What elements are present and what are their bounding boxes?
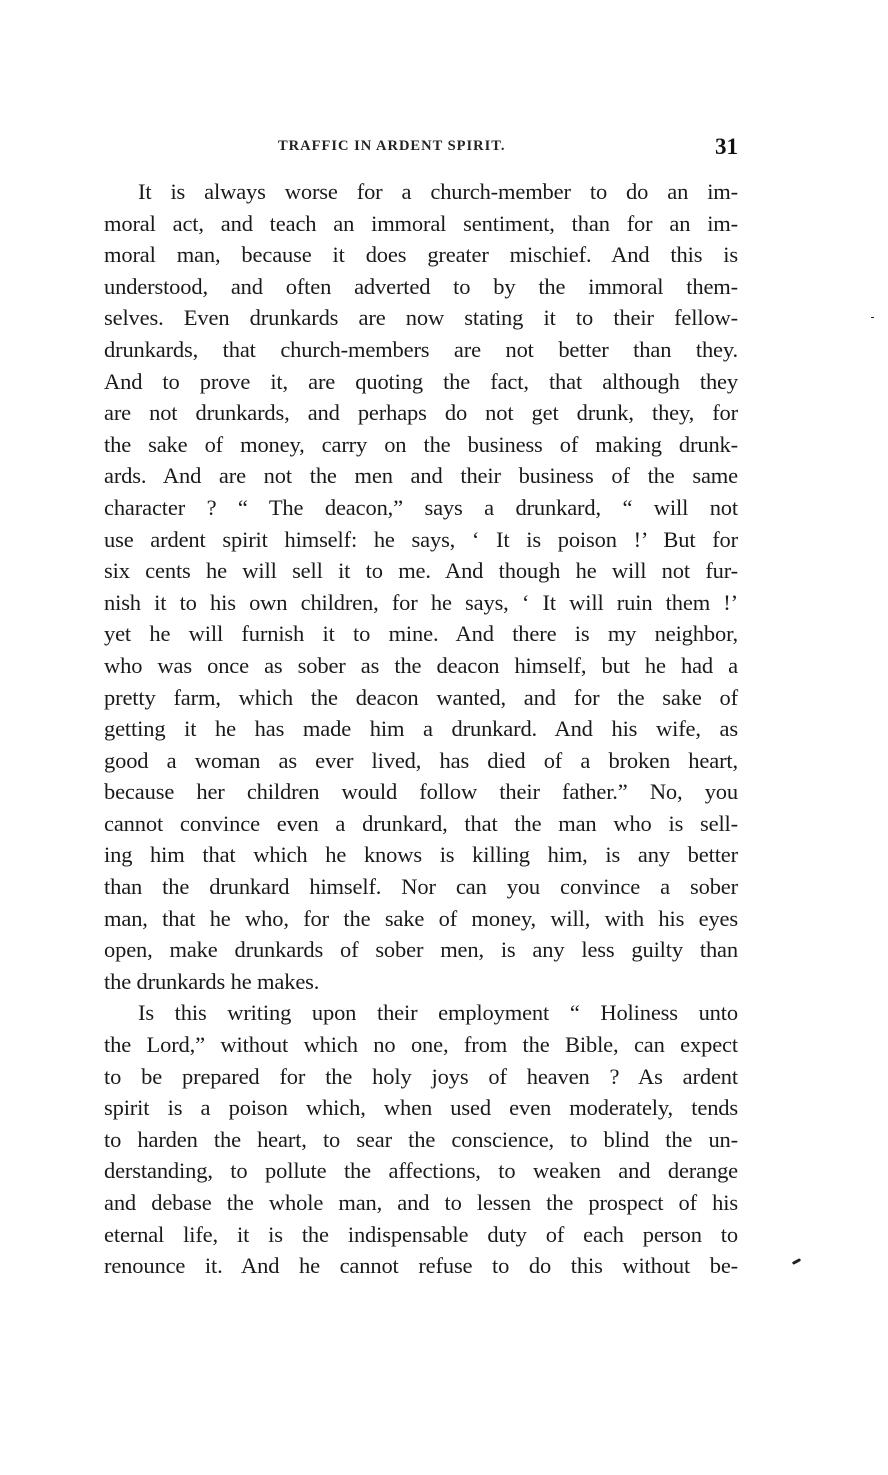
book-page: TRAFFIC IN ARDENT SPIRIT. 31 It is alway… — [0, 0, 888, 1475]
text-line: open, make drunkards of sober men, is an… — [104, 934, 738, 966]
text-line: are not drunkards, and perhaps do not ge… — [104, 397, 738, 429]
text-line: And to prove it, are quoting the fact, t… — [104, 366, 738, 398]
text-line: selves. Even drunkards are now stating i… — [104, 302, 738, 334]
text-line: ards. And are not the men and their busi… — [104, 460, 738, 492]
text-line: than the drunkard himself. Nor can you c… — [104, 871, 738, 903]
text-line: derstanding, to pollute the affections, … — [104, 1155, 738, 1187]
scan-artifact-smudge — [792, 1258, 801, 1265]
body-text: It is always worse for a church-member t… — [104, 176, 738, 1282]
text-line: nish it to his own children, for he says… — [104, 587, 738, 619]
text-line: ing him that which he knows is killing h… — [104, 839, 738, 871]
text-line: spirit is a poison which, when used even… — [104, 1092, 738, 1124]
text-line: to be prepared for the holy joys of heav… — [104, 1061, 738, 1093]
text-line: pretty farm, which the deacon wanted, an… — [104, 682, 738, 714]
running-header: TRAFFIC IN ARDENT SPIRIT. 31 — [272, 136, 742, 166]
text-line: good a woman as ever lived, has died of … — [104, 745, 738, 777]
text-line: getting it he has made him a drunkard. A… — [104, 713, 738, 745]
scan-artifact-mark — [871, 317, 874, 318]
text-line: to harden the heart, to sear the conscie… — [104, 1124, 738, 1156]
text-line: understood, and often adverted to by the… — [104, 271, 738, 303]
text-line: the sake of money, carry on the business… — [104, 429, 738, 461]
text-line: the drunkards he makes. — [104, 966, 738, 998]
text-line: moral act, and teach an immoral sentimen… — [104, 208, 738, 240]
text-line: yet he will furnish it to mine. And ther… — [104, 618, 738, 650]
text-line: man, that he who, for the sake of money,… — [104, 903, 738, 935]
page-number: 31 — [715, 134, 738, 160]
running-title: TRAFFIC IN ARDENT SPIRIT. — [278, 138, 506, 155]
text-line: use ardent spirit himself: he says, ‘ It… — [104, 524, 738, 556]
text-line: because her children would follow their … — [104, 776, 738, 808]
text-line: six cents he will sell it to me. And tho… — [104, 555, 738, 587]
text-line: character ? “ The deacon,” says a drunka… — [104, 492, 738, 524]
text-line: who was once as sober as the deacon hims… — [104, 650, 738, 682]
text-line: renounce it. And he cannot refuse to do … — [104, 1250, 738, 1282]
text-line: It is always worse for a church-member t… — [104, 176, 738, 208]
text-line: the Lord,” without which no one, from th… — [104, 1029, 738, 1061]
text-line: drunkards, that church-members are not b… — [104, 334, 738, 366]
text-line: moral man, because it does greater misch… — [104, 239, 738, 271]
text-line: Is this writing upon their employment “ … — [104, 997, 738, 1029]
text-line: eternal life, it is the indispensable du… — [104, 1219, 738, 1251]
text-line: cannot convince even a drunkard, that th… — [104, 808, 738, 840]
text-line: and debase the whole man, and to lessen … — [104, 1187, 738, 1219]
